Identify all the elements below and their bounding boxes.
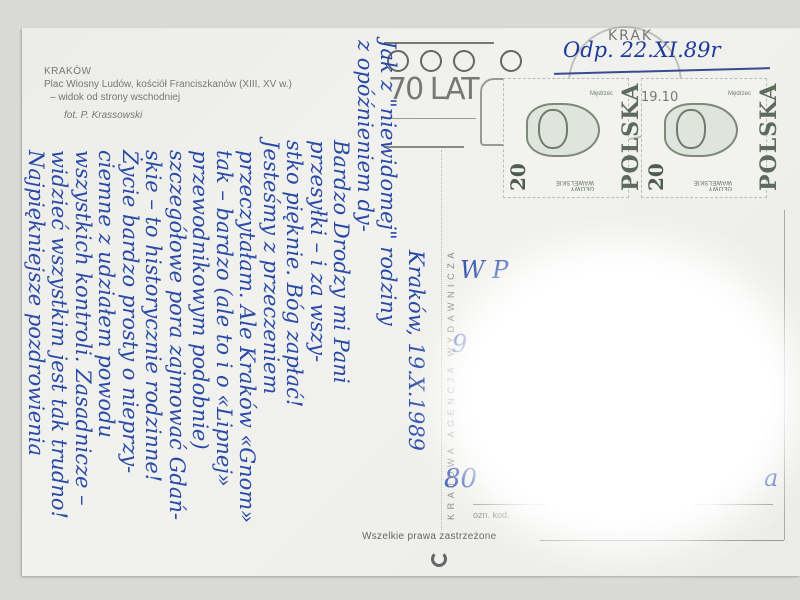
address-fragment: 80 [444, 464, 477, 494]
reply-note: Odp. 22.XI.89r [563, 38, 721, 62]
message-line: przeczytałam. Ale Kraków «Gnom» [235, 150, 259, 523]
message-line: Jak z "niewidomej" rodziny [376, 40, 400, 326]
photo-credit: fot. P. Krassowski [64, 110, 142, 122]
message-line: stko pięknie. Bóg zapłać! [282, 140, 306, 407]
message-line: z opóźnieniem dy- [353, 40, 377, 232]
publisher-logo-icon [431, 551, 447, 567]
postmark-line [384, 42, 494, 44]
face-icon [676, 109, 706, 149]
postmark-slogan: 70 LAT [388, 72, 478, 107]
stamp-series: GŁOWY WAWELSKIE [693, 179, 732, 191]
message-line: tak – bardzo (ale to i o «Lipnej» [212, 150, 236, 487]
stamp-series: GŁOWY WAWELSKIE [555, 179, 594, 191]
stamp-caption: Mędrzec [590, 91, 613, 97]
stamp-value: 20 [506, 163, 530, 191]
postmark-date: 19.10 [641, 90, 678, 105]
postmark-olympic-rings-icon [387, 50, 522, 72]
address-fragment: a [764, 464, 778, 492]
message-line: szczegółowe pora zajmować Gdań- [165, 150, 189, 520]
printed-caption-line2: – widok od strony wschodniej [50, 92, 180, 104]
postage-stamp: Mędrzec POLSKA 20 GŁOWY WAWELSKIE [503, 78, 629, 198]
message-line: ciemne z udziałem powodu [94, 150, 118, 438]
stamp-caption: Mędrzec [728, 91, 751, 97]
message-line: przesyłki – i za wszy- [306, 140, 330, 362]
card-frame-right [784, 210, 785, 540]
postal-code-label: ozn. kod. [473, 510, 510, 520]
address-fragment: W P [460, 256, 508, 284]
message-line: przewodnikowym podobnie) [188, 150, 212, 450]
rights-notice: Wszelkie prawa zastrzeżone [362, 531, 497, 543]
message-line: Najpiękniejsze pozdrowienia [24, 150, 48, 456]
message-line: skie – to historycznie rodzinne! [141, 150, 165, 482]
card-frame-bottom [540, 540, 784, 541]
address-fragment: 9 [452, 330, 467, 358]
place-date: Kraków, 19.X.1989 [404, 250, 428, 451]
redacted-address-area [470, 270, 770, 520]
face-icon [538, 109, 568, 149]
address-divider [441, 150, 442, 530]
message-line: Bardzo Drodzy mi Pani [329, 140, 353, 384]
printed-city-title: KRAKÓW [44, 66, 91, 78]
message-line: wszystkich kontroli. Zasadnicze – [71, 150, 95, 506]
message-line: Życie bardzo prosty o nieprzy- [118, 150, 142, 473]
stamp-value: 20 [644, 163, 668, 191]
printed-caption-line1: Plac Wiosny Ludów, kościół Franciszkanów… [44, 79, 292, 91]
message-line: widzieć wszystkim jest tak trudno! [47, 150, 71, 519]
message-line: Jesteśmy z przeczeniem [259, 140, 283, 394]
stamp-country: POLSKA [756, 83, 782, 191]
